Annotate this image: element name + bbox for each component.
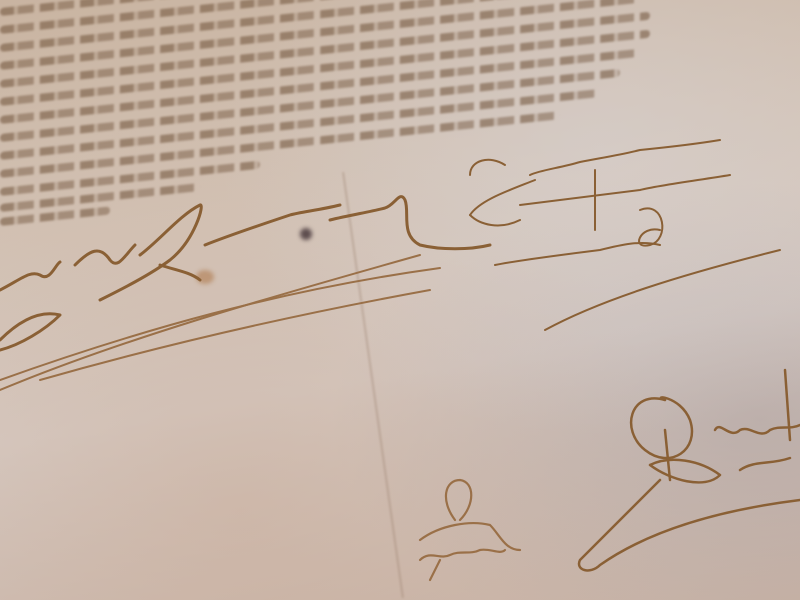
signature-upper-right: [470, 140, 780, 330]
rubric-lower-center: [420, 480, 520, 580]
manuscript-photo: [0, 0, 800, 600]
signatures-layer: [0, 0, 800, 600]
rubric-lower-right: [579, 370, 800, 570]
